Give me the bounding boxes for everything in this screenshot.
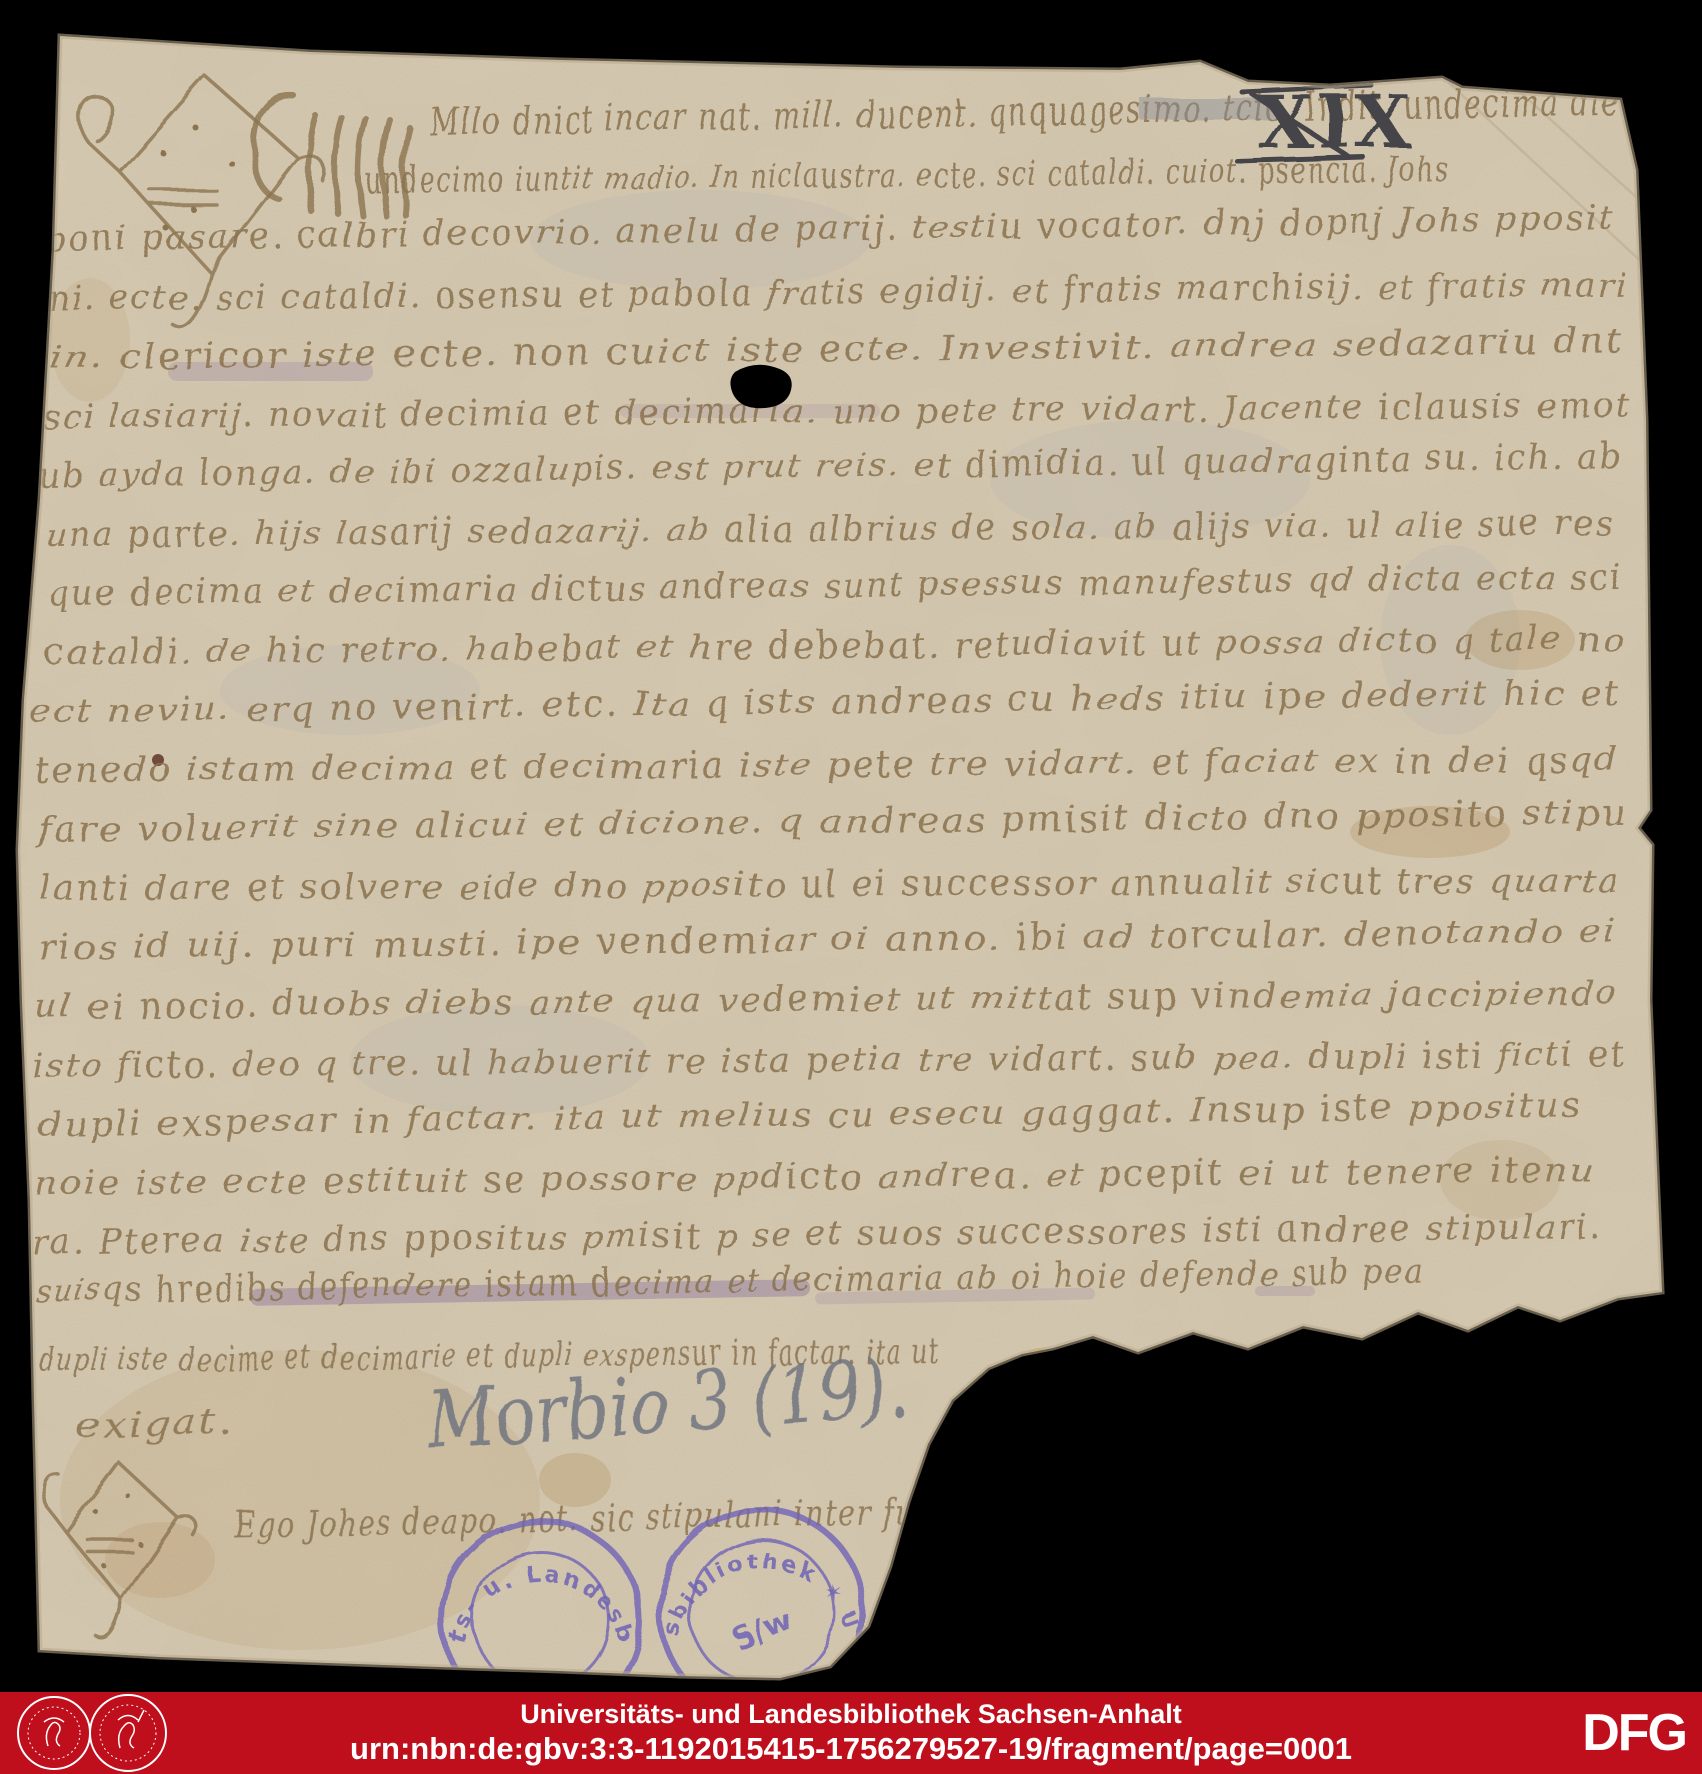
parchment-fragment: Mllo dnict incar nat. mill. ducent. qnqu… <box>0 0 1702 1774</box>
library-name: Universitäts- und Landesbibliothek Sachs… <box>520 1700 1182 1730</box>
digitized-parchment-scan: Mllo dnict incar nat. mill. ducent. qnqu… <box>0 0 1702 1774</box>
footer-text-block: Universitäts- und Landesbibliothek Sachs… <box>0 1692 1702 1774</box>
parchment-hole <box>730 365 791 408</box>
graphite-smudge <box>1140 98 1275 120</box>
manuscript-line: exigat. <box>74 1402 235 1446</box>
dfg-logo: DFG <box>1582 1703 1686 1763</box>
scan-background: Mllo dnict incar nat. mill. ducent. qnqu… <box>0 0 1702 1774</box>
urn-identifier: urn:nbn:de:gbv:3:3-1192015415-1756279527… <box>350 1732 1352 1766</box>
viewer-footer: Universitäts- und Landesbibliothek Sachs… <box>0 1692 1702 1774</box>
manuscript-line: lanti dare et solvere eide dno pposito u… <box>40 861 1620 909</box>
